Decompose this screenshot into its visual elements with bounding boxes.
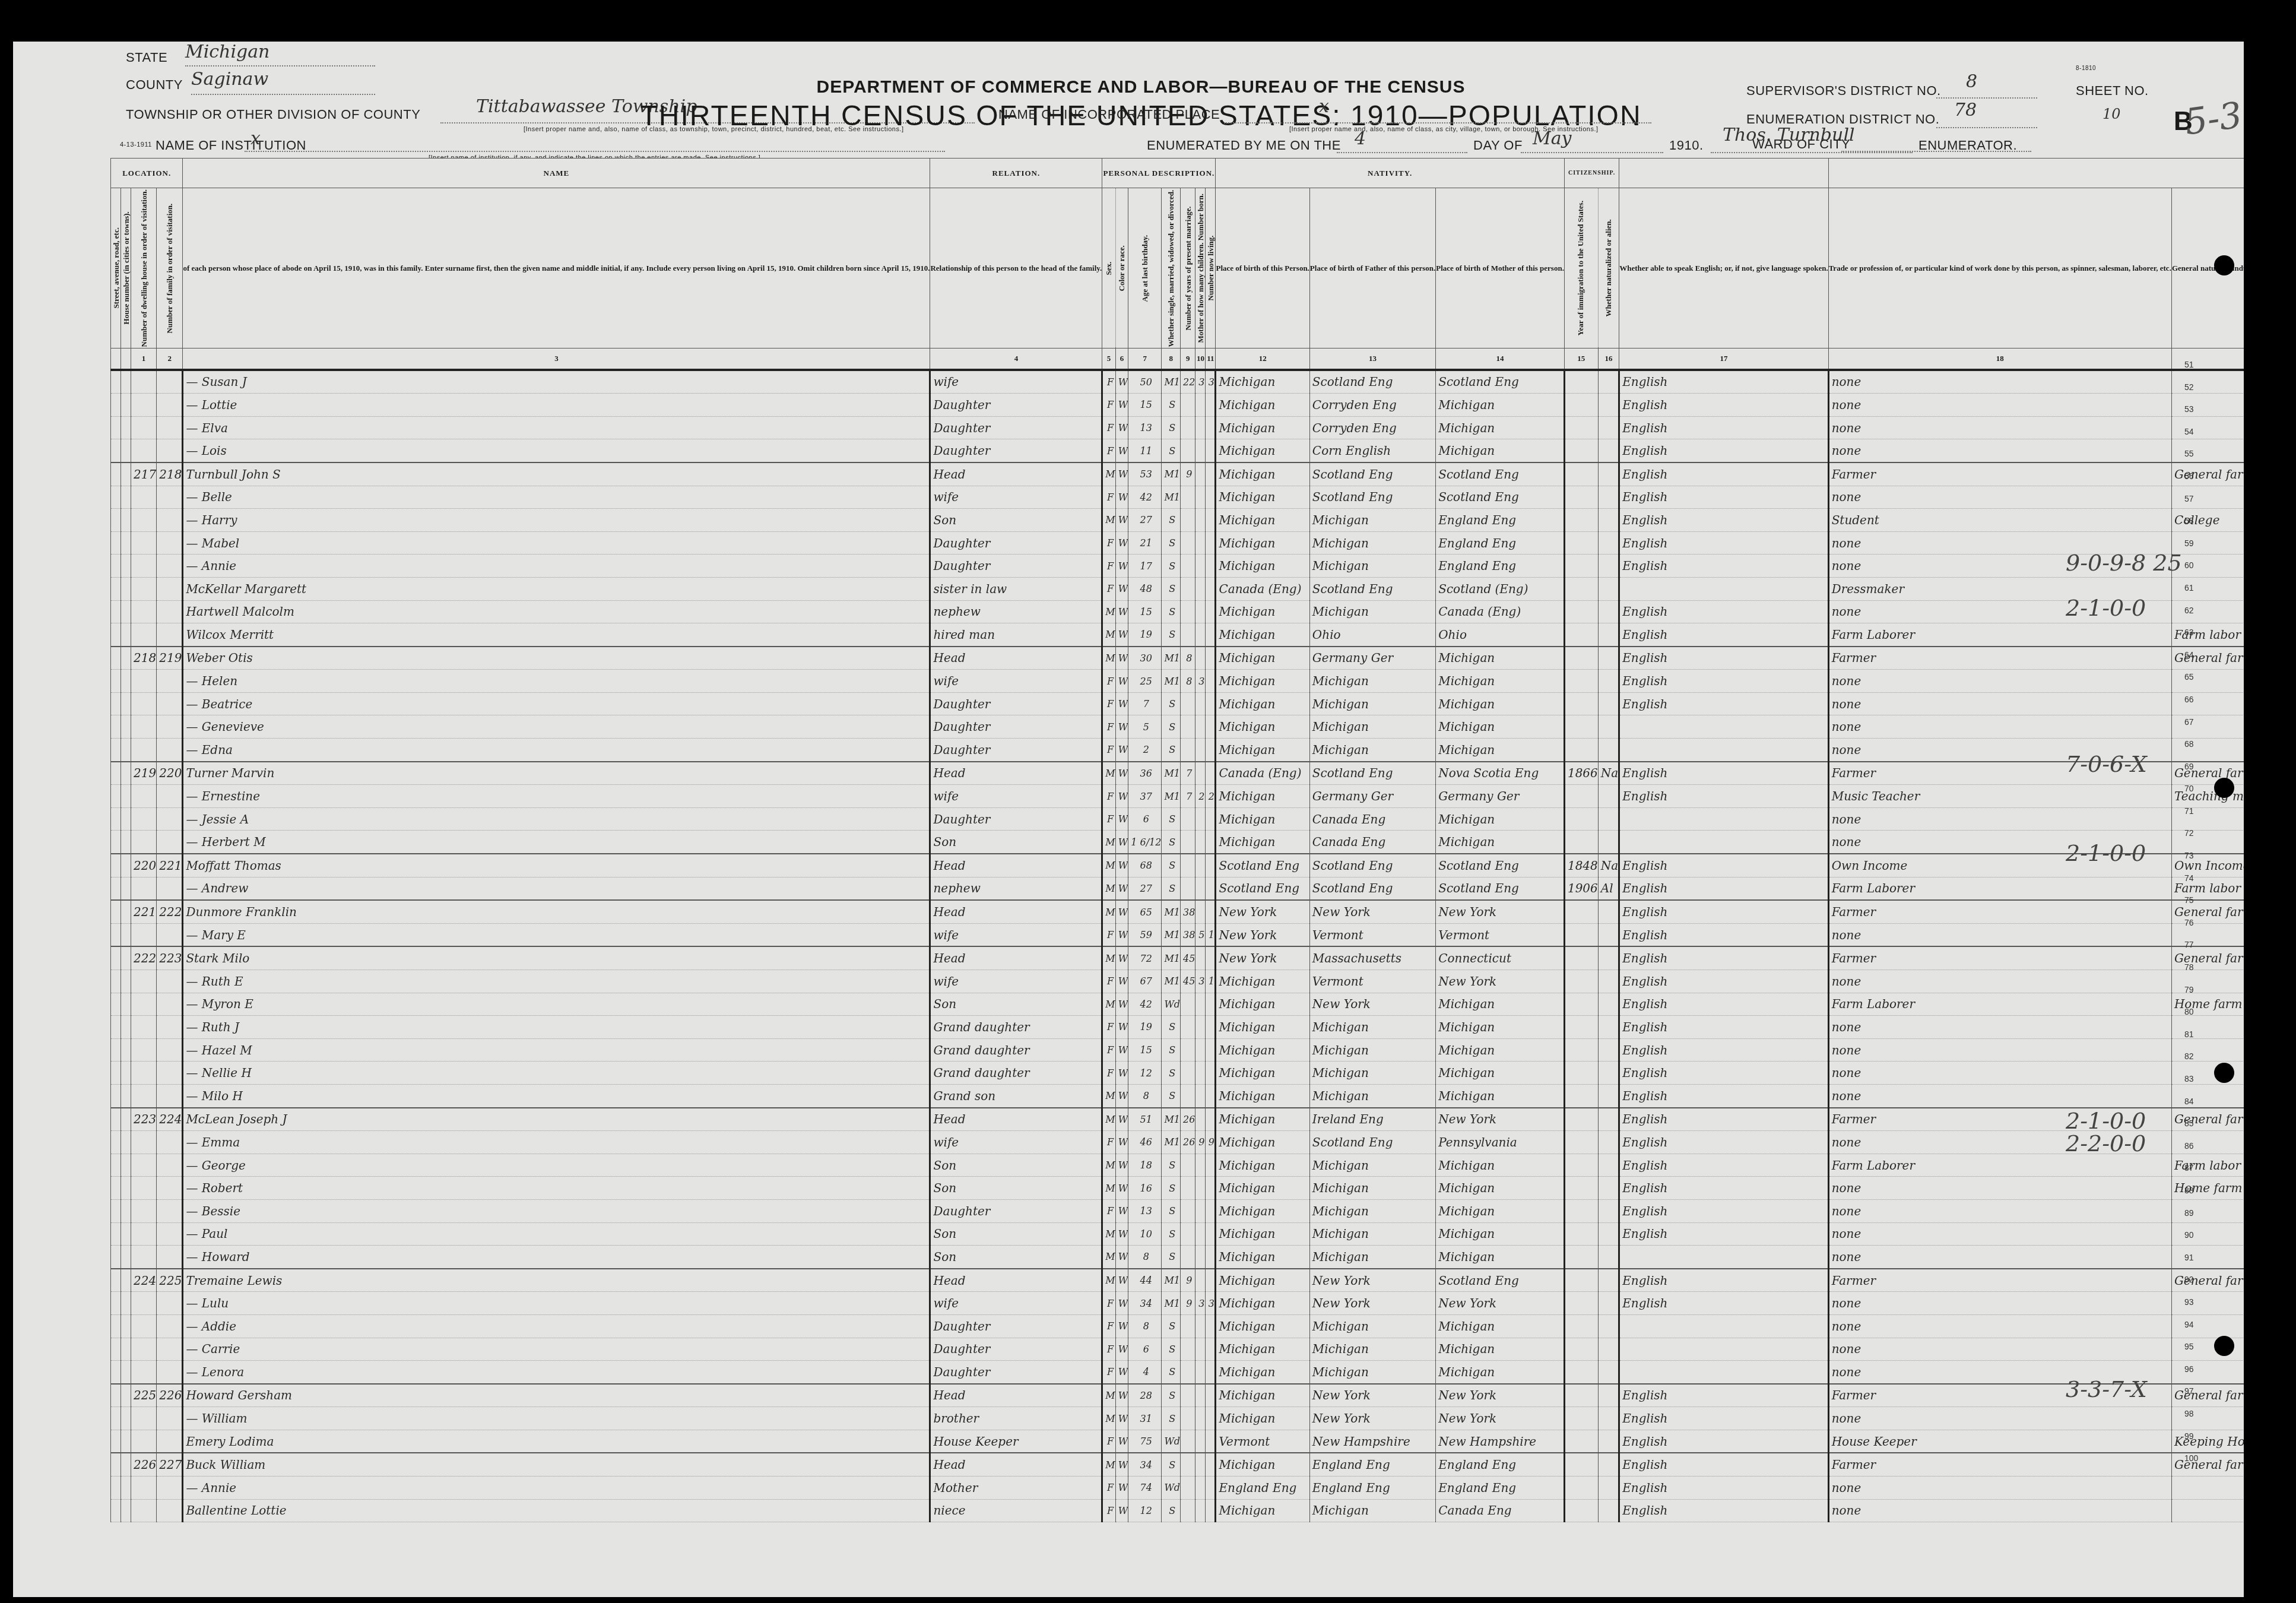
language-cell: English bbox=[1619, 993, 1828, 1016]
mother-birthplace-cell: Scotland Eng bbox=[1436, 877, 1565, 900]
dwelling-number-cell bbox=[131, 1430, 157, 1453]
mother-birthplace-cell: Michigan bbox=[1436, 993, 1565, 1016]
house-number-cell bbox=[121, 1292, 131, 1315]
marital-status-cell: S bbox=[1162, 739, 1181, 762]
children-born-cell bbox=[1195, 1222, 1206, 1246]
col-dwelling: Number of dwelling house in order of vis… bbox=[131, 188, 157, 348]
relationship-cell: Daughter bbox=[930, 1338, 1102, 1361]
person-name-cell: Moffatt Thomas bbox=[183, 854, 930, 877]
marital-status-cell: S bbox=[1162, 1154, 1181, 1177]
years-married-cell bbox=[1181, 1361, 1195, 1384]
dwelling-number-cell bbox=[131, 1177, 157, 1200]
person-name-cell: — Annie bbox=[183, 555, 930, 578]
family-number-cell bbox=[157, 1177, 183, 1200]
age-cell: 36 bbox=[1128, 762, 1162, 785]
age-cell: 59 bbox=[1128, 923, 1162, 946]
house-number-cell bbox=[121, 555, 131, 578]
mother-birthplace-cell: Michigan bbox=[1436, 692, 1565, 715]
township-label: TOWNSHIP OR OTHER DIVISION OF COUNTY bbox=[126, 107, 420, 122]
sex-cell: F bbox=[1102, 1038, 1115, 1062]
group-personal: PERSONAL DESCRIPTION. bbox=[1102, 159, 1216, 188]
group-citizenship: CITIZENSHIP. bbox=[1564, 159, 1619, 188]
house-number-cell bbox=[121, 739, 131, 762]
census-rows: — Susan JwifeFW50M12233MichiganScotland … bbox=[111, 370, 2296, 1522]
years-married-cell bbox=[1181, 854, 1195, 877]
birthplace-cell: England Eng bbox=[1216, 1477, 1309, 1500]
mother-birthplace-cell: Michigan bbox=[1436, 1177, 1565, 1200]
trade-cell: Music Teacher bbox=[1828, 785, 2171, 808]
naturalization-cell bbox=[1598, 1499, 1619, 1522]
mother-birthplace-cell: Michigan bbox=[1436, 1154, 1565, 1177]
race-cell: W bbox=[1115, 509, 1128, 532]
street-cell bbox=[111, 1246, 121, 1269]
father-birthplace-cell: Michigan bbox=[1309, 739, 1435, 762]
line-number: 61 bbox=[2184, 577, 2208, 600]
race-cell: W bbox=[1115, 486, 1128, 509]
person-name-cell: — Harry bbox=[183, 509, 930, 532]
father-birthplace-cell: Corryden Eng bbox=[1309, 416, 1435, 439]
birthplace-cell: Michigan bbox=[1216, 1084, 1309, 1107]
years-married-cell bbox=[1181, 1384, 1195, 1407]
county-line bbox=[191, 94, 375, 95]
race-cell: W bbox=[1115, 1430, 1128, 1453]
age-cell: 15 bbox=[1128, 1038, 1162, 1062]
house-number-cell bbox=[121, 439, 131, 462]
birthplace-cell: Michigan bbox=[1216, 531, 1309, 555]
table-row: — Susan JwifeFW50M12233MichiganScotland … bbox=[111, 370, 2296, 394]
dwelling-number-cell: 221 bbox=[131, 900, 157, 923]
table-row: — HowardSonMW8SMichiganMichiganMichigann… bbox=[111, 1246, 2296, 1269]
dwelling-number-cell bbox=[131, 1407, 157, 1430]
trade-cell: Farmer bbox=[1828, 647, 2171, 670]
years-married-cell bbox=[1181, 1062, 1195, 1085]
children-living-cell bbox=[1206, 1338, 1216, 1361]
street-cell bbox=[111, 1453, 121, 1476]
years-married-cell: 9 bbox=[1181, 1269, 1195, 1292]
race-cell: W bbox=[1115, 1084, 1128, 1107]
trade-cell: none bbox=[1828, 370, 2171, 394]
children-living-cell bbox=[1206, 486, 1216, 509]
father-birthplace-cell: England Eng bbox=[1309, 1477, 1435, 1500]
person-name-cell: Tremaine Lewis bbox=[183, 1269, 930, 1292]
dwelling-number-cell bbox=[131, 1361, 157, 1384]
line-number: 64 bbox=[2184, 644, 2208, 667]
language-cell: English bbox=[1619, 1477, 1828, 1500]
children-born-cell bbox=[1195, 600, 1206, 623]
mother-birthplace-cell: Michigan bbox=[1436, 1314, 1565, 1338]
person-name-cell: — Addie bbox=[183, 1314, 930, 1338]
line-number: 66 bbox=[2184, 689, 2208, 711]
marital-status-cell: S bbox=[1162, 600, 1181, 623]
birthplace-cell: Michigan bbox=[1216, 1016, 1309, 1039]
language-cell bbox=[1619, 1361, 1828, 1384]
mother-birthplace-cell: England Eng bbox=[1436, 1477, 1565, 1500]
enumerator-line bbox=[1711, 152, 1913, 153]
immigration-year-cell bbox=[1564, 555, 1598, 578]
children-living-cell bbox=[1206, 993, 1216, 1016]
sex-cell: M bbox=[1102, 1084, 1115, 1107]
children-born-cell bbox=[1195, 993, 1206, 1016]
children-living-cell bbox=[1206, 509, 1216, 532]
state-line bbox=[185, 65, 375, 66]
census-table: LOCATION. NAME RELATION. PERSONAL DESCRI… bbox=[110, 158, 2296, 1522]
father-birthplace-cell: Michigan bbox=[1309, 1246, 1435, 1269]
table-row: — Myron ESonMW42WdMichiganNew YorkMichig… bbox=[111, 993, 2296, 1016]
person-name-cell: McLean Joseph J bbox=[183, 1108, 930, 1131]
immigration-year-cell bbox=[1564, 923, 1598, 946]
naturalization-cell bbox=[1598, 1430, 1619, 1453]
dwelling-number-cell: 222 bbox=[131, 946, 157, 970]
age-cell: 48 bbox=[1128, 577, 1162, 600]
binder-hole bbox=[2214, 255, 2234, 275]
line-number: 98 bbox=[2184, 1403, 2208, 1425]
mother-birthplace-cell: New York bbox=[1436, 970, 1565, 993]
naturalization-cell bbox=[1598, 1154, 1619, 1177]
birthplace-cell: Michigan bbox=[1216, 1407, 1309, 1430]
dwelling-number-cell bbox=[131, 1154, 157, 1177]
sex-cell: M bbox=[1102, 600, 1115, 623]
trade-cell: Farmer bbox=[1828, 1453, 2171, 1476]
race-cell: W bbox=[1115, 1453, 1128, 1476]
race-cell: W bbox=[1115, 900, 1128, 923]
house-number-cell bbox=[121, 1131, 131, 1154]
column-number: 11 bbox=[1206, 348, 1216, 370]
dwelling-number-cell bbox=[131, 1499, 157, 1522]
house-number-cell bbox=[121, 1453, 131, 1476]
immigration-year-cell bbox=[1564, 1177, 1598, 1200]
sex-cell: M bbox=[1102, 1222, 1115, 1246]
marital-status-cell: S bbox=[1162, 877, 1181, 900]
children-living-cell bbox=[1206, 715, 1216, 739]
relationship-cell: wife bbox=[930, 785, 1102, 808]
father-birthplace-cell: Canada Eng bbox=[1309, 807, 1435, 831]
dwelling-number-cell bbox=[131, 1292, 157, 1315]
children-living-cell bbox=[1206, 1154, 1216, 1177]
house-number-cell bbox=[121, 1084, 131, 1107]
children-born-cell: 3 bbox=[1195, 670, 1206, 693]
birthplace-cell: New York bbox=[1216, 923, 1309, 946]
years-married-cell: 38 bbox=[1181, 900, 1195, 923]
column-number: 1 bbox=[131, 348, 157, 370]
trade-cell: Farmer bbox=[1828, 900, 2171, 923]
marital-status-cell: S bbox=[1162, 623, 1181, 647]
years-married-cell bbox=[1181, 623, 1195, 647]
marital-status-cell: S bbox=[1162, 555, 1181, 578]
sex-cell: M bbox=[1102, 623, 1115, 647]
children-born-cell bbox=[1195, 1407, 1206, 1430]
age-cell: 72 bbox=[1128, 946, 1162, 970]
birthplace-cell: Scotland Eng bbox=[1216, 854, 1309, 877]
immigration-year-cell bbox=[1564, 1314, 1598, 1338]
family-number-cell bbox=[157, 1292, 183, 1315]
street-cell bbox=[111, 739, 121, 762]
race-cell: W bbox=[1115, 1407, 1128, 1430]
father-birthplace-cell: Germany Ger bbox=[1309, 647, 1435, 670]
line-number: 83 bbox=[2184, 1068, 2208, 1091]
table-row: — WilliambrotherMW31SMichiganNew YorkNew… bbox=[111, 1407, 2296, 1430]
children-living-cell bbox=[1206, 600, 1216, 623]
house-number-cell bbox=[121, 577, 131, 600]
years-married-cell: 8 bbox=[1181, 647, 1195, 670]
mother-birthplace-cell: Michigan bbox=[1436, 1338, 1565, 1361]
race-cell: W bbox=[1115, 692, 1128, 715]
children-born-cell bbox=[1195, 531, 1206, 555]
street-cell bbox=[111, 1477, 121, 1500]
language-cell: English bbox=[1619, 1499, 1828, 1522]
marital-status-cell: S bbox=[1162, 1062, 1181, 1085]
mother-birthplace-cell: Scotland Eng bbox=[1436, 462, 1565, 486]
street-cell bbox=[111, 762, 121, 785]
month-line bbox=[1521, 152, 1663, 153]
dwelling-number-cell bbox=[131, 555, 157, 578]
years-married-cell: 38 bbox=[1181, 923, 1195, 946]
col-immigration-year: Year of immigration to the United States… bbox=[1564, 188, 1598, 348]
margin-note: 2-2-0-0 bbox=[2066, 1130, 2146, 1157]
sex-cell: F bbox=[1102, 785, 1115, 808]
race-cell: W bbox=[1115, 1131, 1128, 1154]
marital-status-cell: S bbox=[1162, 1016, 1181, 1039]
mother-birthplace-cell: England Eng bbox=[1436, 531, 1565, 555]
age-cell: 13 bbox=[1128, 416, 1162, 439]
street-cell bbox=[111, 946, 121, 970]
table-row: — Hazel MGrand daughterFW15SMichiganMich… bbox=[111, 1038, 2296, 1062]
age-cell: 13 bbox=[1128, 1199, 1162, 1222]
immigration-year-cell bbox=[1564, 509, 1598, 532]
age-cell: 28 bbox=[1128, 1384, 1162, 1407]
person-name-cell: — Lenora bbox=[183, 1361, 930, 1384]
person-name-cell: — Andrew bbox=[183, 877, 930, 900]
relationship-cell: Daughter bbox=[930, 692, 1102, 715]
sex-cell: F bbox=[1102, 1430, 1115, 1453]
children-born-cell bbox=[1195, 900, 1206, 923]
house-number-cell bbox=[121, 854, 131, 877]
street-cell bbox=[111, 1062, 121, 1085]
age-cell: 27 bbox=[1128, 509, 1162, 532]
mother-birthplace-cell: Ohio bbox=[1436, 623, 1565, 647]
age-cell: 30 bbox=[1128, 647, 1162, 670]
father-birthplace-cell: Michigan bbox=[1309, 509, 1435, 532]
marital-status-cell: M1 bbox=[1162, 970, 1181, 993]
col-children-born: Mother of how many children. Number born… bbox=[1195, 188, 1206, 348]
family-number-cell bbox=[157, 1407, 183, 1430]
ward-line bbox=[1841, 151, 2031, 152]
birthplace-cell: Michigan bbox=[1216, 370, 1309, 394]
immigration-year-cell bbox=[1564, 416, 1598, 439]
street-cell bbox=[111, 670, 121, 693]
line-number: 85 bbox=[2184, 1113, 2208, 1135]
col-mother-birthplace: Place of birth of Mother of this person. bbox=[1436, 188, 1565, 348]
children-born-cell bbox=[1195, 1154, 1206, 1177]
mother-birthplace-cell: Scotland Eng bbox=[1436, 1269, 1565, 1292]
age-cell: 42 bbox=[1128, 993, 1162, 1016]
years-married-cell: 7 bbox=[1181, 762, 1195, 785]
years-married-cell bbox=[1181, 1222, 1195, 1246]
father-birthplace-cell: Scotland Eng bbox=[1309, 577, 1435, 600]
col-street: Street, avenue, road, etc. bbox=[111, 188, 121, 348]
family-number-cell bbox=[157, 1199, 183, 1222]
years-married-cell bbox=[1181, 1407, 1195, 1430]
children-living-cell bbox=[1206, 1199, 1216, 1222]
relationship-cell: wife bbox=[930, 370, 1102, 394]
birthplace-cell: Michigan bbox=[1216, 1199, 1309, 1222]
mother-birthplace-cell: Michigan bbox=[1436, 1361, 1565, 1384]
children-born-cell bbox=[1195, 692, 1206, 715]
naturalization-cell bbox=[1598, 1338, 1619, 1361]
language-cell: English bbox=[1619, 1292, 1828, 1315]
children-living-cell bbox=[1206, 647, 1216, 670]
naturalization-cell bbox=[1598, 785, 1619, 808]
children-born-cell bbox=[1195, 1499, 1206, 1522]
children-living-cell bbox=[1206, 1062, 1216, 1085]
marital-status-cell: S bbox=[1162, 807, 1181, 831]
sex-cell: M bbox=[1102, 1407, 1115, 1430]
children-living-cell bbox=[1206, 1084, 1216, 1107]
family-number-cell bbox=[157, 577, 183, 600]
language-cell: English bbox=[1619, 1407, 1828, 1430]
person-name-cell: Stark Milo bbox=[183, 946, 930, 970]
line-number: 74 bbox=[2184, 867, 2208, 890]
col-house-number: House number (in cities or towns). bbox=[121, 188, 131, 348]
children-living-cell: 1 bbox=[1206, 923, 1216, 946]
family-number-cell bbox=[157, 1338, 183, 1361]
race-cell: W bbox=[1115, 370, 1128, 394]
race-cell: W bbox=[1115, 531, 1128, 555]
sex-cell: F bbox=[1102, 739, 1115, 762]
race-cell: W bbox=[1115, 1199, 1128, 1222]
mother-birthplace-cell: Scotland Eng bbox=[1436, 486, 1565, 509]
relationship-cell: hired man bbox=[930, 623, 1102, 647]
person-name-cell: Buck William bbox=[183, 1453, 930, 1476]
relationship-cell: brother bbox=[930, 1407, 1102, 1430]
age-cell: 50 bbox=[1128, 370, 1162, 394]
naturalization-cell bbox=[1598, 647, 1619, 670]
children-living-cell bbox=[1206, 623, 1216, 647]
years-married-cell bbox=[1181, 1246, 1195, 1269]
marital-status-cell: M1 bbox=[1162, 370, 1181, 394]
children-living-cell bbox=[1206, 946, 1216, 970]
trade-cell: none bbox=[1828, 970, 2171, 993]
language-cell: English bbox=[1619, 923, 1828, 946]
person-name-cell: — Edna bbox=[183, 739, 930, 762]
naturalization-cell bbox=[1598, 692, 1619, 715]
street-cell bbox=[111, 1361, 121, 1384]
immigration-year-cell bbox=[1564, 647, 1598, 670]
race-cell: W bbox=[1115, 1384, 1128, 1407]
trade-cell: Farm Laborer bbox=[1828, 877, 2171, 900]
street-cell bbox=[111, 785, 121, 808]
column-number: 12 bbox=[1216, 348, 1309, 370]
line-number: 72 bbox=[2184, 822, 2208, 845]
marital-status-cell: M1 bbox=[1162, 1269, 1181, 1292]
mother-birthplace-cell: New York bbox=[1436, 900, 1565, 923]
person-name-cell: McKellar Margarett bbox=[183, 577, 930, 600]
immigration-year-cell bbox=[1564, 623, 1598, 647]
mother-birthplace-cell: Michigan bbox=[1436, 439, 1565, 462]
sex-cell: M bbox=[1102, 1154, 1115, 1177]
language-cell: English bbox=[1619, 1199, 1828, 1222]
naturalization-cell bbox=[1598, 946, 1619, 970]
person-name-cell: — Helen bbox=[183, 670, 930, 693]
house-number-cell bbox=[121, 1062, 131, 1085]
relationship-cell: nephew bbox=[930, 877, 1102, 900]
mother-birthplace-cell: New Hampshire bbox=[1436, 1430, 1565, 1453]
age-cell: 8 bbox=[1128, 1084, 1162, 1107]
year-label: 1910. bbox=[1669, 138, 1704, 153]
relationship-cell: Daughter bbox=[930, 394, 1102, 417]
line-number: 94 bbox=[2184, 1314, 2208, 1336]
trade-cell: none bbox=[1828, 394, 2171, 417]
language-cell bbox=[1619, 715, 1828, 739]
person-name-cell: Emery Lodima bbox=[183, 1430, 930, 1453]
children-born-cell bbox=[1195, 1430, 1206, 1453]
immigration-year-cell bbox=[1564, 1131, 1598, 1154]
years-married-cell bbox=[1181, 1038, 1195, 1062]
language-cell: English bbox=[1619, 1430, 1828, 1453]
col-sex: Sex. bbox=[1102, 188, 1115, 348]
father-birthplace-cell: New York bbox=[1309, 1407, 1435, 1430]
dwelling-number-cell bbox=[131, 1338, 157, 1361]
age-cell: 34 bbox=[1128, 1292, 1162, 1315]
mother-birthplace-cell: Germany Ger bbox=[1436, 785, 1565, 808]
margin-note: 7-0-6-X bbox=[2066, 751, 2147, 777]
sex-cell: F bbox=[1102, 1499, 1115, 1522]
immigration-year-cell bbox=[1564, 1407, 1598, 1430]
column-numbers: 1234567891011121314151617181920212223242… bbox=[111, 348, 2296, 370]
age-cell: 75 bbox=[1128, 1430, 1162, 1453]
trade-cell: Farm Laborer bbox=[1828, 1154, 2171, 1177]
house-number-cell bbox=[121, 993, 131, 1016]
birthplace-cell: Michigan bbox=[1216, 1314, 1309, 1338]
language-cell: English bbox=[1619, 1154, 1828, 1177]
years-married-cell bbox=[1181, 715, 1195, 739]
person-name-cell: Howard Gersham bbox=[183, 1384, 930, 1407]
street-cell bbox=[111, 462, 121, 486]
immigration-year-cell bbox=[1564, 1338, 1598, 1361]
race-cell: W bbox=[1115, 993, 1128, 1016]
years-married-cell bbox=[1181, 1477, 1195, 1500]
race-cell: W bbox=[1115, 1222, 1128, 1246]
father-birthplace-cell: Michigan bbox=[1309, 692, 1435, 715]
birthplace-cell: Michigan bbox=[1216, 1222, 1309, 1246]
father-birthplace-cell: Michigan bbox=[1309, 670, 1435, 693]
immigration-year-cell bbox=[1564, 577, 1598, 600]
naturalization-cell bbox=[1598, 416, 1619, 439]
person-name-cell: — Howard bbox=[183, 1246, 930, 1269]
naturalization-cell bbox=[1598, 1222, 1619, 1246]
language-cell: English bbox=[1619, 946, 1828, 970]
dwelling-number-cell: 224 bbox=[131, 1269, 157, 1292]
race-cell: W bbox=[1115, 785, 1128, 808]
relationship-cell: Son bbox=[930, 1154, 1102, 1177]
father-birthplace-cell: New York bbox=[1309, 900, 1435, 923]
person-name-cell: — Ruth J bbox=[183, 1016, 930, 1039]
dwelling-number-cell: 223 bbox=[131, 1108, 157, 1131]
age-cell: 27 bbox=[1128, 877, 1162, 900]
children-born-cell bbox=[1195, 739, 1206, 762]
table-row: — AndrewnephewMW27SScotland EngScotland … bbox=[111, 877, 2296, 900]
father-birthplace-cell: Germany Ger bbox=[1309, 785, 1435, 808]
sex-cell: M bbox=[1102, 1177, 1115, 1200]
children-born-cell bbox=[1195, 1314, 1206, 1338]
immigration-year-cell bbox=[1564, 900, 1598, 923]
dwelling-number-cell bbox=[131, 807, 157, 831]
table-row: — LenoraDaughterFW4SMichiganMichiganMich… bbox=[111, 1361, 2296, 1384]
relationship-cell: Daughter bbox=[930, 416, 1102, 439]
dwelling-number-cell bbox=[131, 1131, 157, 1154]
table-row: 224225Tremaine LewisHeadMW44M19MichiganN… bbox=[111, 1269, 2296, 1292]
house-number-cell bbox=[121, 416, 131, 439]
line-number: 51 bbox=[2184, 354, 2208, 376]
